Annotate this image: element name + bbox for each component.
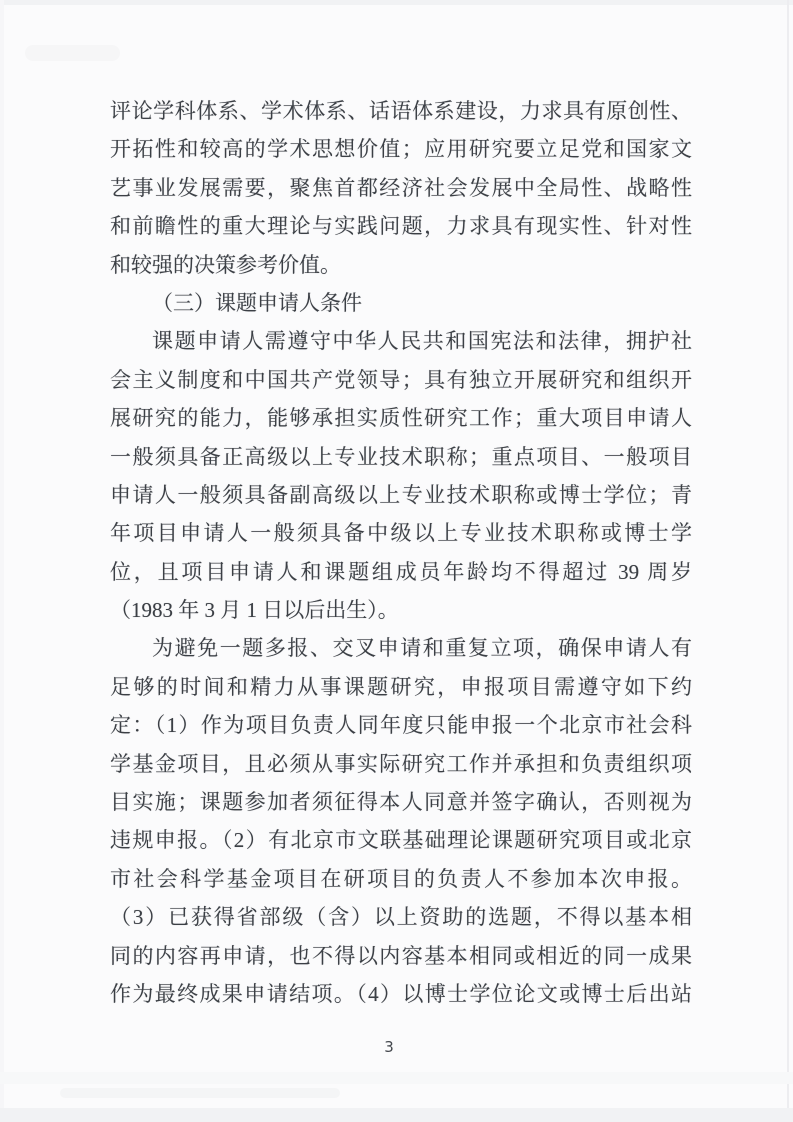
text-line: 作为最终成果申请结项。（4）以博士学位论文或博士后出站 [110, 975, 692, 1013]
text-line: 艺事业发展需要，聚焦首都经济社会发展中全局性、战略性 [110, 169, 692, 207]
text-line: （3）已获得省部级（含）以上资助的选题，不得以基本相 [110, 898, 692, 936]
text-line: 足够的时间和精力从事课题研究，申报项目需遵守如下约 [110, 668, 692, 706]
text-line: 课题申请人需遵守中华人民共和国宪法和法律，拥护社 [110, 322, 692, 360]
scan-edge-shadow-bottom [0, 1108, 793, 1122]
text-line: 位，且项目申请人和课题组成员年龄均不得超过 39 周岁 [110, 553, 692, 591]
text-line: 为避免一题多报、交叉申请和重复立项，确保申请人有 [110, 629, 692, 667]
text-line: 学基金项目，且必须从事实际研究工作并承担和负责组织项 [110, 745, 692, 783]
scan-smudge [60, 1088, 340, 1098]
text-line: 申请人一般须具备副高级以上专业技术职称或博士学位；青 [110, 476, 692, 514]
text-line: 和较强的决策参考价值。 [110, 246, 692, 284]
text-line: 和前瞻性的重大理论与实践问题，力求具有现实性、针对性 [110, 207, 692, 245]
paragraph-applicant-qualifications: 课题申请人需遵守中华人民共和国宪法和法律，拥护社会主义制度和中国共产党领导；具有… [110, 322, 692, 629]
document-body-text: 评论学科体系、学术体系、话语体系建设，力求具有原创性、开拓性和较高的学术思想价值… [110, 92, 692, 1013]
scan-edge-shadow-top [0, 0, 793, 5]
section-heading-applicant-conditions: （三）课题申请人条件 [110, 284, 692, 322]
scan-edge-line-right [787, 0, 789, 1122]
text-line: （三）课题申请人条件 [110, 284, 692, 322]
paragraph-application-rules: 为避免一题多报、交叉申请和重复立项，确保申请人有足够的时间和精力从事课题研究，申… [110, 629, 692, 1013]
scanned-document-page: 评论学科体系、学术体系、话语体系建设，力求具有原创性、开拓性和较高的学术思想价值… [0, 0, 793, 1122]
text-line: 同的内容再申请，也不得以内容基本相同或相近的同一成果 [110, 937, 692, 975]
text-line: 定：（1）作为项目负责人同年度只能申报一个北京市社会科 [110, 706, 692, 744]
text-line: 展研究的能力，能够承担实质性研究工作；重大项目申请人 [110, 399, 692, 437]
text-line: 会主义制度和中国共产党领导；具有独立开展研究和组织开 [110, 361, 692, 399]
text-line: 市社会科学基金项目在研项目的负责人不参加本次申报。 [110, 860, 692, 898]
scan-smudge [25, 45, 120, 61]
page-number: 3 [0, 1038, 778, 1056]
text-line: 年项目申请人一般须具备中级以上专业技术职称或博士学 [110, 514, 692, 552]
text-line: 一般须具备正高级以上专业技术职称；重点项目、一般项目 [110, 438, 692, 476]
text-line: （1983 年 3 月 1 日以后出生）。 [110, 591, 692, 629]
scan-smudge [0, 1072, 793, 1084]
text-line: 评论学科体系、学术体系、话语体系建设，力求具有原创性、 [110, 92, 692, 130]
paragraph-research-value-continuation: 评论学科体系、学术体系、话语体系建设，力求具有原创性、开拓性和较高的学术思想价值… [110, 92, 692, 284]
scan-edge-shadow-left [0, 0, 4, 1122]
text-line: 开拓性和较高的学术思想价值；应用研究要立足党和国家文 [110, 130, 692, 168]
text-line: 违规申报。（2）有北京市文联基础理论课题研究项目或北京 [110, 821, 692, 859]
text-line: 目实施；课题参加者须征得本人同意并签字确认，否则视为 [110, 783, 692, 821]
